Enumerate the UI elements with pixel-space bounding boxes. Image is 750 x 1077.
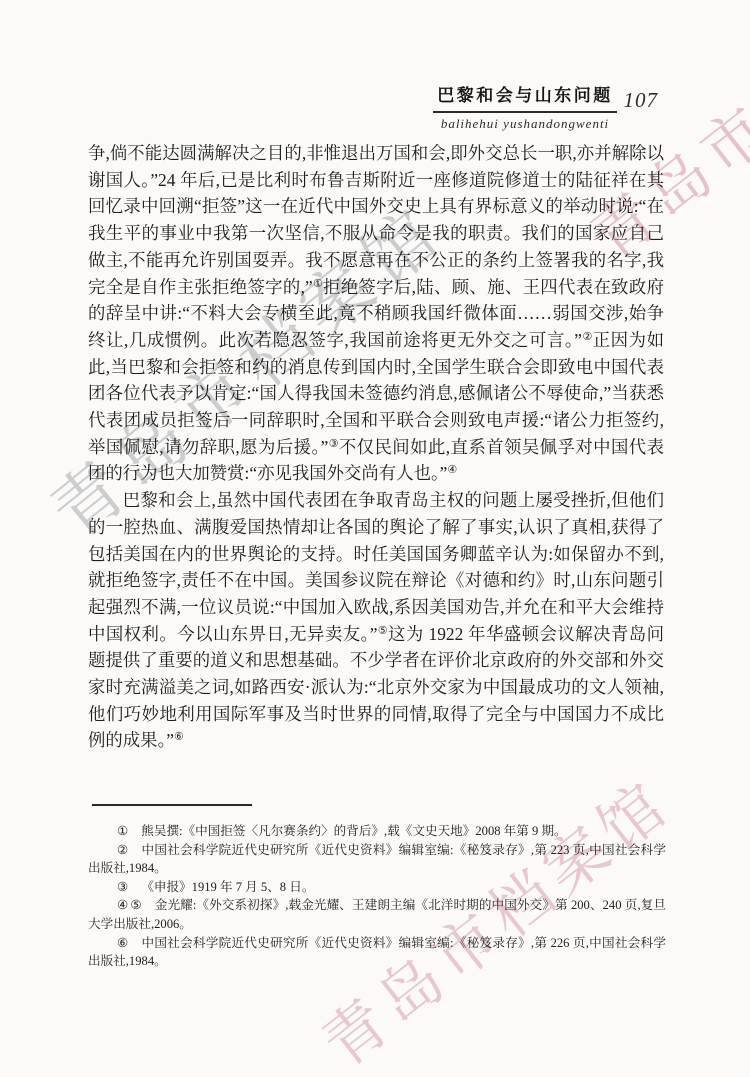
footnote-ref: ⑤ [377, 625, 388, 637]
footnote-marker: ② [117, 843, 131, 857]
footnote-ref: ① [313, 278, 323, 290]
paragraph: 巴黎和会上,虽然中国代表团在争取青岛主权的问题上屡受挫折,但他们的一腔热血、满腹… [88, 487, 664, 754]
footnote-ref: ④ [447, 465, 457, 477]
footnotes-section: ①熊吴撰:《中国拒签〈凡尔赛条约〉的背后》,载《文史天地》2008 年第 9 期… [88, 804, 666, 971]
footnote-ref: ② [582, 331, 593, 343]
chapter-title-pinyin: balihehui yushandongwenti [433, 114, 617, 134]
footnote-ref: ⑥ [174, 732, 184, 744]
footnote-item: ③《申报》1919 年 7 月 5、8 日。 [88, 878, 666, 897]
footnote-list: ①熊吴撰:《中国拒签〈凡尔赛条约〉的背后》,载《文史天地》2008 年第 9 期… [88, 822, 666, 971]
page-header: 巴黎和会与山东问题 balihehui yushandongwenti [433, 84, 617, 134]
footnote-ref: ③ [328, 438, 339, 450]
footnote-item: ⑥中国社会科学院近代史研究所《近代史资料》编辑室编:《秘笈录存》,第 226 页… [88, 934, 666, 971]
footnote-marker: ③ [117, 880, 130, 894]
page-number: 107 [624, 88, 659, 113]
footnote-item: ②中国社会科学院近代史研究所《近代史资料》编辑室编:《秘笈录存》,第 223 页… [88, 841, 666, 878]
footnote-item: ④⑤金光耀:《外交系初探》,载金光耀、王建朗主编《北洋时期的中国外交》第 200… [88, 896, 666, 933]
scanned-book-page: 青岛市档案馆青岛市档案馆青岛市档案馆 巴黎和会与山东问题 balihehui y… [0, 0, 750, 1077]
footnote-marker: ⑥ [117, 936, 131, 950]
footnote-divider [92, 804, 252, 806]
chapter-title: 巴黎和会与山东问题 [433, 84, 617, 113]
footnote-item: ①熊吴撰:《中国拒签〈凡尔赛条约〉的背后》,载《文史天地》2008 年第 9 期… [88, 822, 666, 841]
footnote-marker: ④⑤ [117, 898, 144, 912]
footnote-marker: ① [117, 824, 130, 838]
body-text: 争,倘不能达圆满解决之目的,非惟退出万国和会,即外交总长一职,亦并解除以谢国人。… [88, 140, 664, 754]
paragraph: 争,倘不能达圆满解决之目的,非惟退出万国和会,即外交总长一职,亦并解除以谢国人。… [88, 140, 664, 487]
